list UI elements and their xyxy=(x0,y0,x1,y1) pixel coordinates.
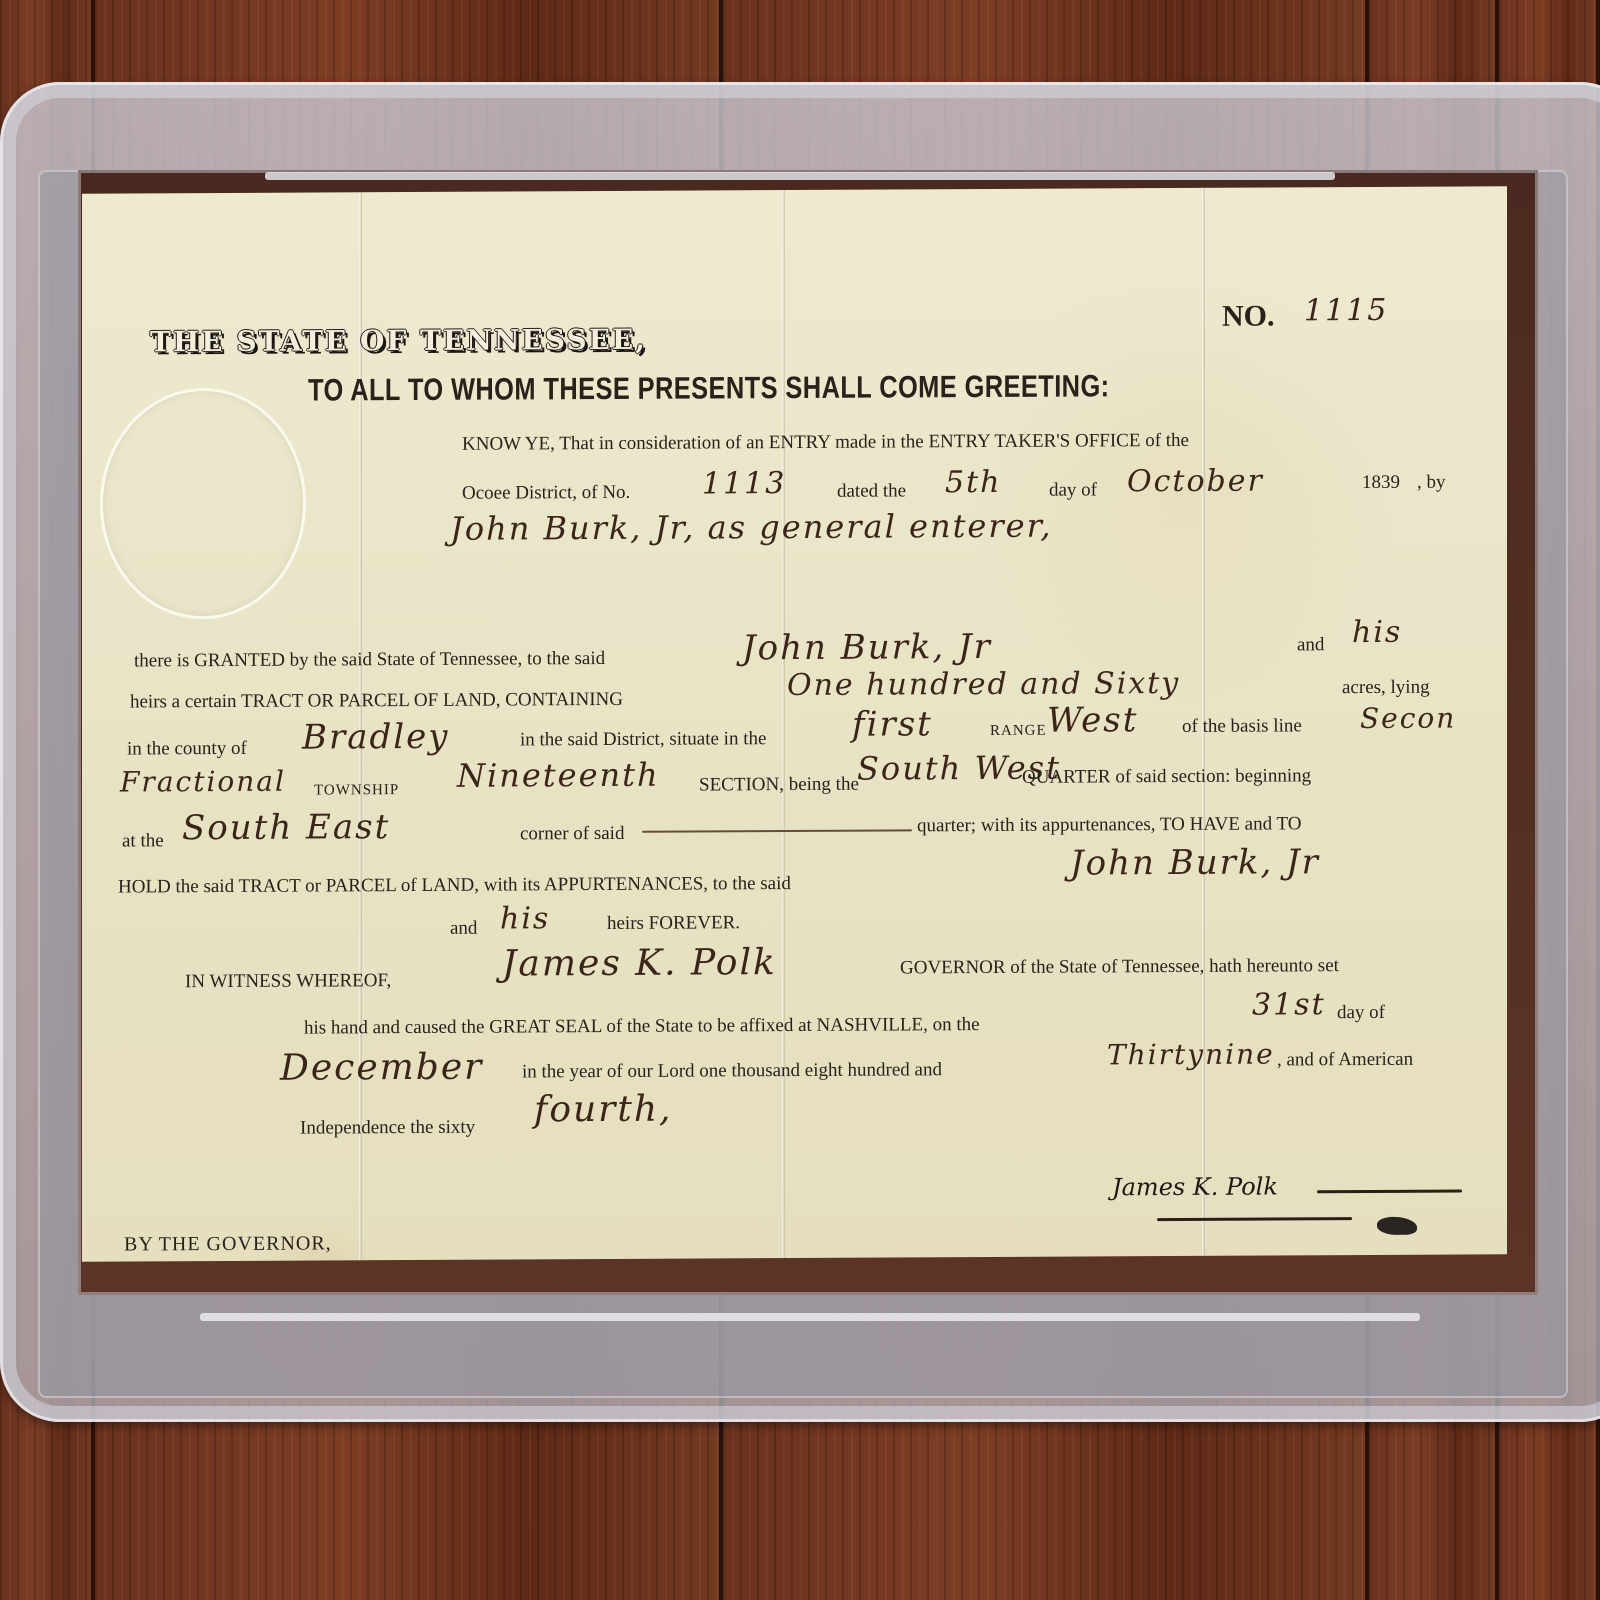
township-number-end: Fractional xyxy=(120,765,286,799)
know-ye-line: KNOW YE, That in consideration of an ENT… xyxy=(462,430,1189,456)
blank-line xyxy=(642,829,912,832)
independence-line: Independence the sixty xyxy=(300,1117,475,1140)
section-number: Nineteenth xyxy=(457,756,660,795)
granted-line: there is GRANTED by the said State of Te… xyxy=(134,648,605,672)
basis-line-label: of the basis line xyxy=(1182,715,1302,738)
american-label: , and of American xyxy=(1277,1049,1413,1072)
entry-number: 1113 xyxy=(702,466,786,501)
forever-pronoun: his xyxy=(500,901,550,936)
section-label: SECTION, being the xyxy=(699,774,859,797)
day-of-label: day of xyxy=(1049,479,1097,501)
slab-slot xyxy=(265,172,1335,180)
embossed-seal-icon xyxy=(100,388,306,620)
number-label: NO. xyxy=(1222,299,1275,333)
tract-line: heirs a certain TRACT OR PARCEL OF LAND,… xyxy=(130,689,623,714)
day-of-label: day of xyxy=(1337,1002,1385,1024)
district-situate-line: in the said District, situate in the xyxy=(520,728,766,751)
greeting: TO ALL TO WHOM THESE PRESENTS SHALL COME… xyxy=(308,368,1110,408)
district-label: Ocoee District, of No. xyxy=(462,482,630,505)
dated-label: dated the xyxy=(837,480,906,502)
signature-flourish xyxy=(1317,1190,1462,1194)
range-label: RANGE xyxy=(990,723,1047,740)
slab-slot xyxy=(200,1313,1420,1321)
entry-month: October xyxy=(1127,464,1264,500)
range-direction: West xyxy=(1047,700,1138,740)
by-label: , by xyxy=(1417,472,1446,494)
appurtenances-line: quarter; with its appurtenances, TO HAVE… xyxy=(917,813,1302,837)
ink-blot xyxy=(1377,1217,1417,1235)
entry-day: 5th xyxy=(945,465,1001,500)
year-line: in the year of our Lord one thousand eig… xyxy=(522,1059,942,1083)
quarter-label: QUARTER of said section: beginning xyxy=(1022,765,1311,789)
forever-label: heirs FOREVER. xyxy=(607,912,740,935)
county-label: in the county of xyxy=(127,738,247,761)
great-seal-line: his hand and caused the GREAT SEAL of th… xyxy=(304,1014,980,1040)
acreage: One hundred and Sixty xyxy=(787,666,1180,703)
and-label: and xyxy=(1297,634,1324,656)
independence-year: fourth, xyxy=(534,1089,673,1131)
governor-name: James K. Polk xyxy=(502,942,777,984)
corner-label: at the xyxy=(122,830,164,852)
document-heading: THE STATE OF TENNESSEE, xyxy=(150,323,647,359)
governor-signature: James K. Polk xyxy=(1112,1172,1278,1201)
witness-label: IN WITNESS WHEREOF, xyxy=(185,970,391,993)
seal-day: 31st xyxy=(1252,987,1326,1022)
corner-direction: South East xyxy=(182,807,390,848)
grantee-name: John Burk, Jr xyxy=(742,627,992,668)
and-label: and xyxy=(450,918,477,940)
corner-of-said: corner of said xyxy=(520,823,624,846)
seal-month: December xyxy=(280,1047,483,1089)
number-value: 1115 xyxy=(1304,293,1388,328)
year-words: Thirtynine xyxy=(1107,1037,1275,1071)
governor-line: GOVERNOR of the State of Tennessee, hath… xyxy=(900,955,1339,979)
township-number-start: Secon xyxy=(1360,702,1456,736)
signature-underline xyxy=(1157,1217,1352,1221)
acres-label: acres, lying xyxy=(1342,677,1430,699)
entry-year: 1839 xyxy=(1362,472,1400,494)
by-the-governor: BY THE GOVERNOR, xyxy=(124,1232,332,1256)
enterer-name: John Burk, Jr, as general enterer, xyxy=(450,507,1053,548)
pronoun: his xyxy=(1352,615,1402,650)
hold-grantee-name: John Burk, Jr xyxy=(1070,842,1320,883)
county-name: Bradley xyxy=(302,717,449,758)
fold-crease xyxy=(782,190,785,1258)
land-grant-document: THE STATE OF TENNESSEE, NO. 1115 TO ALL … xyxy=(82,186,1507,1261)
hold-line: HOLD the said TRACT or PARCEL of LAND, w… xyxy=(118,873,791,899)
township-label: TOWNSHIP xyxy=(314,782,399,799)
range-number: first xyxy=(852,704,933,744)
